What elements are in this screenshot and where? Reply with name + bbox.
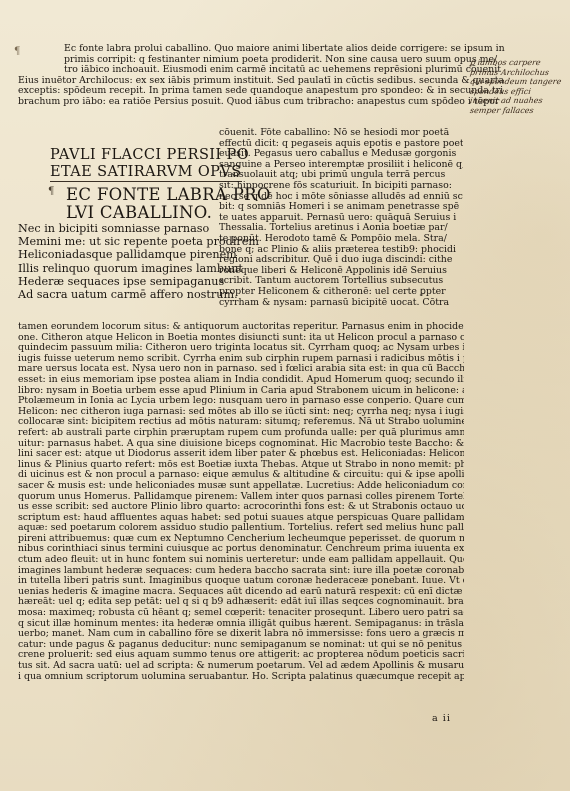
commentary-line: tus sit. Ad sacra uatū: uel ad scripta: … (18, 661, 464, 672)
annotation-line: spondeus effici (469, 87, 560, 97)
commentary-line: crene proluerit: sed eius aquam summo te… (18, 650, 464, 661)
commentary-line: bone q; ac Plinio & aliis præterea testi… (219, 245, 463, 256)
commentary-line: te uates apparuit. Pernasū uero: quāquā … (219, 213, 463, 224)
intro-line: brachum pro iābo: ea ratiōe Persius posu… (18, 97, 458, 108)
commentary-line: mosa: maximeq; robusta cū hēant q; semel… (18, 608, 464, 619)
commentary-line: Helicon: nec citheron iuga parnasi: sed … (18, 407, 464, 418)
commentary-line: in tutella liberi patris sunt. Imaginibu… (18, 576, 464, 587)
commentary-line: nibus corinthiaci sinus termini cuiusque… (18, 544, 464, 555)
commentary-line: imagines lambunt hederæ sequaces: cum he… (18, 566, 464, 577)
commentary-line: sit: hippocrene fōs scaturiuit. In bicip… (219, 181, 463, 192)
annotation-line: qui spondeum tangere (469, 77, 560, 87)
annotation-line: primus Archilochus (469, 68, 560, 78)
commentary-line: ronēque liberi & Heliconē Appolinis idē … (219, 266, 463, 277)
commentary-line: aquæ: sed poetarum colorem assiduo studi… (18, 523, 464, 534)
commentary-line: euasit. Pegasus uero caballus e Medusæ g… (219, 149, 463, 160)
intro-commentary: Ec fonte labra prolui caballino. Quo mai… (18, 44, 458, 108)
commentary-line: mare uersus locata est. Nysa uero non in… (18, 364, 464, 375)
commentary-line: hæreāt: uel q; edita sep petāt: uel q si… (18, 597, 464, 608)
commentary-line: refert: ab australi parte cirphin prærup… (18, 428, 464, 439)
commentary-line: i qua omnium scriptorum uolumina seruaba… (18, 672, 464, 683)
handwritten-margin-annotation: ꝑ iambos carpere primus Archilochus qui … (470, 58, 560, 115)
commentary-line: quindecim passuum milia: Citheron uero t… (18, 343, 464, 354)
commentary-line: Ptolæmeum in Ionia ac Lycia urbem lego: … (18, 396, 464, 407)
commentary-line: bit: q somniās Homeri i se animam penetr… (219, 202, 463, 213)
commentary-line: catur: unde pagus & paganus deducitur: n… (18, 640, 464, 651)
commentary-line: ctum adeo fleuit: ut in hunc fontem sui … (18, 555, 464, 566)
commentary-line: pireni attribuemus: quæ cum ex Neptumno … (18, 534, 464, 545)
commentary-line: te ponūt. Herodoto tamē & Pompōio mela. … (219, 234, 463, 245)
paragraph-mark: ¶ (48, 186, 54, 197)
commentary-line: tamen eorundem locorum situs: & antiquor… (18, 322, 464, 333)
commentary-line: nec se q dē hoc i mōte sōniasse alludēs … (219, 192, 463, 203)
commentary-line: uitur: parnasus habet. A qua sine diuisi… (18, 439, 464, 450)
commentary-line: cōuenit. Fōte caballino: Nō se hesiodi m… (219, 128, 463, 139)
commentary-line: scribit. Tantum auctorem Tortellius subs… (219, 276, 463, 287)
commentary-line: di uicinus est & non procul a parnaso: e… (18, 470, 464, 481)
commentary-line: uenias hederis & imagine macra. Sequaces… (18, 587, 464, 598)
commentary-column: cōuenit. Fōte caballino: Nō se hesiodi m… (219, 128, 463, 308)
title-line: ETAE SATIRARVM OPVS (50, 164, 242, 182)
commentary-line: linus & Plinius quarto refert: mōs est B… (18, 460, 464, 471)
commentary-line: lini sacer est: atque ut Diodorus asseri… (18, 449, 464, 460)
commentary-line: iugis fuisse ueterum nemo scribit. Cyrrh… (18, 354, 464, 365)
commentary-line: quorum unus Homerus. Pallidamque pirenem… (18, 492, 464, 503)
commentary-line: libro: nysam in Boetia urbem esse apud P… (18, 386, 464, 397)
commentary-full-width: tamen eorundem locorum situs: & antiquor… (18, 322, 464, 682)
commentary-line: esset: in eius memoriam ipse postea alia… (18, 375, 464, 386)
commentary-line: one. Citheron atque Helicon in Boetia mo… (18, 333, 464, 344)
commentary-line: regioni adscribitur. Quē i duo iuga disc… (219, 255, 463, 266)
annotation-line: semper fallaces (469, 106, 560, 116)
commentary-line: us esse scribit: sed auctore Plinio libr… (18, 502, 464, 513)
intro-line: Ec fonte labra prolui caballino. Quo mai… (18, 44, 458, 55)
commentary-line: transuolauit atq; ubi primū ungula terrā… (219, 170, 463, 181)
commentary-line: q sicut illæ hominum mentes: ita hederæ … (18, 619, 464, 630)
commentary-line: scriptum est: haud affluentes aquas habe… (18, 513, 464, 524)
commentary-line: Thessalia. Tortelius aretinus i Aonia bo… (219, 223, 463, 234)
commentary-line: propter Heliconem & citheronē: uel certe… (219, 287, 463, 298)
commentary-line: cyrrham & nysam: parnasū bicipitē uocat.… (219, 298, 463, 309)
commentary-line: sacer & musis est: unde heliconiades mus… (18, 481, 464, 492)
document-page: ¶ Ec fonte labra prolui caballino. Quo m… (0, 0, 570, 791)
annotation-line: inuenit ad nuahes (469, 96, 560, 106)
signature-mark: a ii (432, 713, 451, 724)
annotation-line: ꝑ iambos carpere (469, 58, 560, 68)
commentary-line: collocaræ sint: bicipitem rectius ad mōt… (18, 417, 464, 428)
commentary-line: effectū dicit: q pegaseis aquis epotis e… (219, 139, 463, 150)
commentary-line: uerbo; manet. Nam cum in caballino fōre … (18, 629, 464, 640)
commentary-line: sanguine a Perseo interemptæ prosiliit i… (219, 160, 463, 171)
